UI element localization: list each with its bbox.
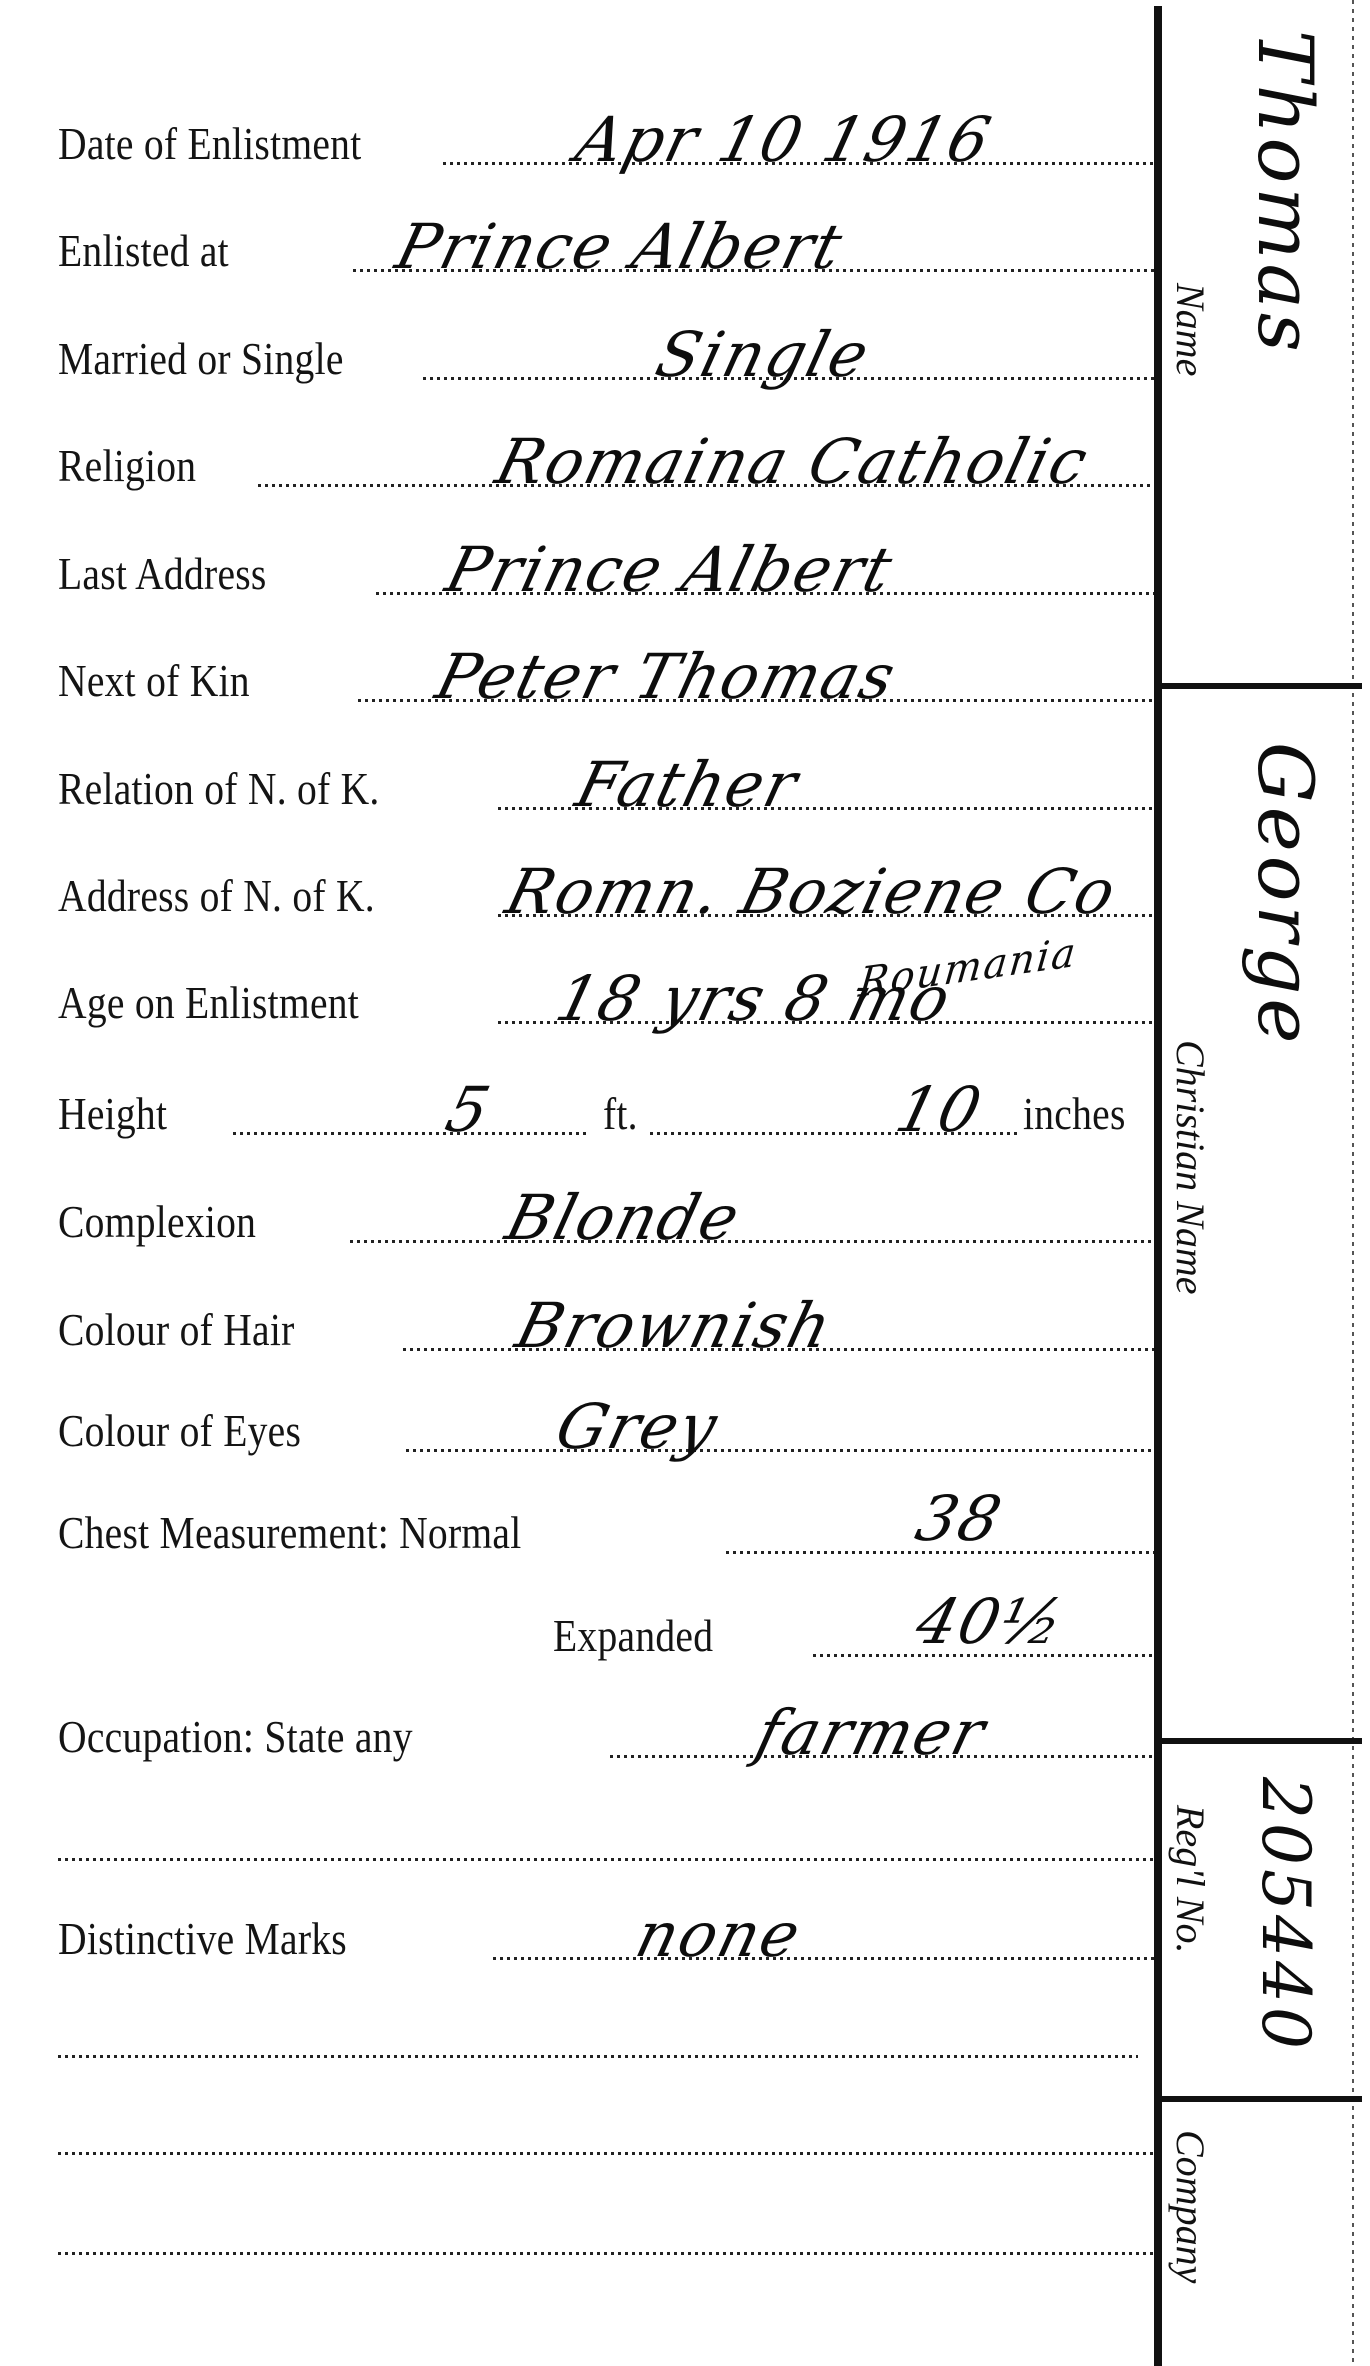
field-label: Distinctive Marks [58, 1916, 347, 1962]
field-label: Next of Kin [58, 658, 250, 704]
section-divider [1162, 2096, 1362, 2102]
dotted-leader [493, 1957, 1158, 1960]
field-label: Address of N. of K. [58, 873, 375, 919]
field-label: Colour of Hair [58, 1307, 295, 1353]
field-label: Colour of Eyes [58, 1408, 301, 1454]
field-distinctive-marks: Distinctive Marks none [58, 1902, 1158, 1962]
blank-line [58, 1803, 1158, 1863]
field-next-of-kin: Next of Kin Peter Thomas [58, 644, 1158, 704]
section-divider [1162, 1738, 1362, 1744]
blank-line [58, 2000, 1158, 2060]
blank-line [58, 2097, 1158, 2157]
dotted-leader [58, 2152, 1158, 2155]
field-married-or-single: Married or Single Single [58, 322, 1158, 382]
field-label: Married or Single [58, 336, 344, 382]
field-value: farmer [750, 1702, 992, 1764]
field-value: Single [650, 324, 876, 386]
column-divider [1154, 6, 1162, 2366]
field-value: Brownish [510, 1295, 839, 1357]
field-label: Relation of N. of K. [58, 766, 380, 812]
field-age-on-enlistment: Age on Enlistment 18 yrs 8 mo Roumania [58, 966, 1158, 1026]
field-colour-of-hair: Colour of Hair Brownish [58, 1293, 1158, 1353]
height-inches-value: 10 [890, 1079, 988, 1141]
feet-unit-label: ft. [603, 1091, 638, 1137]
field-last-address: Last Address Prince Albert [58, 537, 1158, 597]
field-relation-of-next-of-kin: Relation of N. of K. Father [58, 752, 1158, 812]
field-value: Prince Albert [440, 539, 899, 601]
field-value: none [630, 1904, 807, 1966]
field-label: Complexion [58, 1199, 256, 1245]
surname-value: Thomas [1225, 30, 1335, 350]
dotted-leader [406, 1449, 1158, 1452]
dotted-leader [233, 1132, 588, 1135]
christian-name-label: Christian Name [1170, 1040, 1210, 1294]
field-label: Occupation: State any [58, 1714, 413, 1760]
field-value: Apr 10 1916 [570, 109, 998, 171]
dotted-leader [58, 2252, 1158, 2255]
field-value: 40½ [910, 1591, 1070, 1653]
field-value: Father [570, 754, 804, 816]
field-colour-of-eyes: Colour of Eyes Grey [58, 1394, 1158, 1454]
field-label: Height [58, 1091, 167, 1137]
field-label: Chest Measurement: Normal [58, 1510, 521, 1556]
dotted-leader [350, 1240, 1158, 1243]
field-address-of-next-of-kin: Address of N. of K. Romn. Boziene Co [58, 859, 1158, 919]
field-chest-expanded: Expanded 40½ [58, 1599, 1158, 1659]
field-value: Prince Albert [390, 216, 849, 278]
regl-no-value: 205440 [1225, 1750, 1335, 2080]
field-value-superscript: Roumania [857, 932, 1079, 1004]
field-value: Romaina Catholic [490, 431, 1095, 493]
dotted-leader [58, 1858, 1158, 1861]
name-label: Name [1170, 283, 1210, 376]
field-value: Romn. Boziene Co [500, 861, 1123, 923]
field-complexion: Complexion Blonde [58, 1185, 1158, 1245]
field-value: Blonde [500, 1187, 746, 1249]
christian-name-value: George [1225, 730, 1335, 1060]
field-value: Grey [550, 1396, 724, 1458]
field-label: Religion [58, 443, 196, 489]
field-occupation: Occupation: State any farmer [58, 1700, 1158, 1760]
field-label: Date of Enlistment [58, 121, 361, 167]
field-label: Expanded [553, 1613, 713, 1659]
field-label: Enlisted at [58, 228, 229, 274]
field-date-of-enlistment: Date of Enlistment Apr 10 1916 [58, 107, 1158, 167]
field-value: 38 [910, 1488, 1008, 1550]
field-label: Age on Enlistment [58, 980, 359, 1026]
regl-no-label: Reg'l No. [1170, 1805, 1210, 1954]
right-edge-border [1352, 0, 1354, 2366]
inches-unit-label: inches [1023, 1091, 1126, 1137]
field-height: Height 5 ft. 10 inches [58, 1077, 1158, 1137]
section-divider [1162, 683, 1362, 689]
attestation-card: Date of Enlistment Apr 10 1916 Enlisted … [0, 0, 1370, 2366]
dotted-leader [58, 2055, 1138, 2058]
blank-line [58, 2197, 1158, 2257]
field-religion: Religion Romaina Catholic [58, 429, 1158, 489]
field-enlisted-at: Enlisted at Prince Albert [58, 214, 1158, 274]
field-label: Last Address [58, 551, 267, 597]
field-value: Peter Thomas [430, 646, 902, 708]
field-chest-normal: Chest Measurement: Normal 38 [58, 1496, 1158, 1556]
company-label: Company [1170, 2130, 1210, 2283]
